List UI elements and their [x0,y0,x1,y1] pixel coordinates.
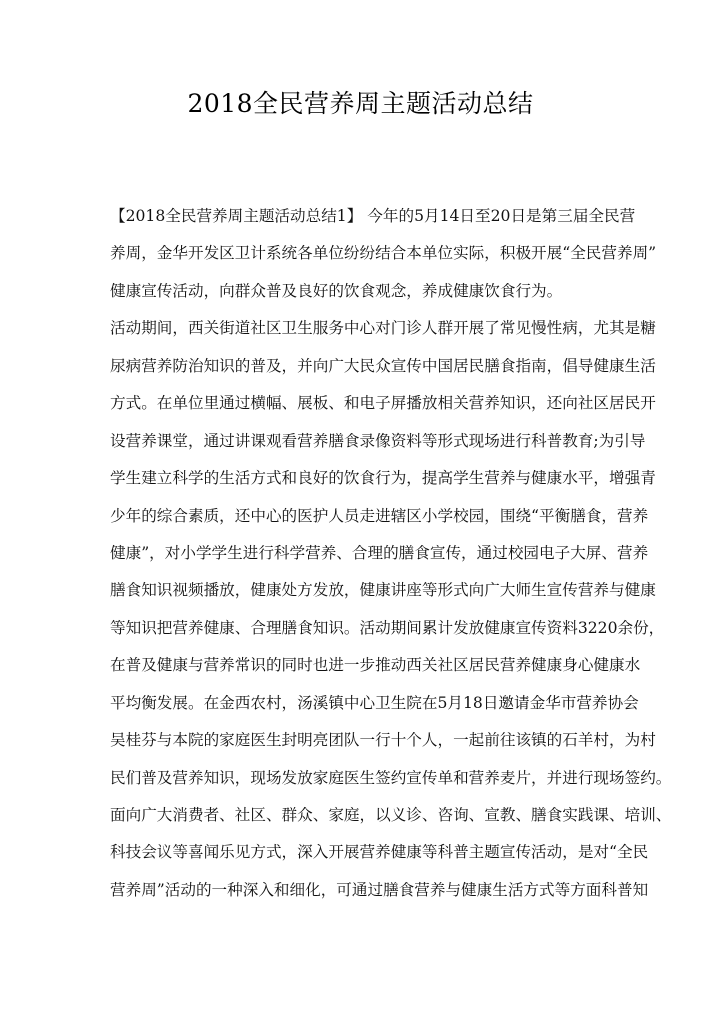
text-line: 健康”，对小学学生进行科学营养、合理的膳食宣传，通过校园电子大屏、营养 [110,541,613,578]
text-line: 平均衡发展。在金西农村，汤溪镇中心卫生院在5月18日邀请金华市营养协会 [110,691,613,728]
text-line: 民们普及营养知识，现场发放家庭医生签约宣传单和营养麦片，并进行现场签约。 [110,766,613,803]
text-line: 少年的综合素质，还中心的医护人员走进辖区小学校园，围绕“平衡膳食，营养 [110,504,613,541]
text-line: 营养周”活动的一种深入和细化，可通过膳食营养与健康生活方式等方面科普知 [110,878,613,915]
text-line: 吴桂芬与本院的家庭医生封明亮团队一行十个人，一起前往该镇的石羊村，为村 [110,728,613,765]
document-body: 【2018全民营养周主题活动总结1】 今年的5月14日至20日是第三届全民营 养… [110,204,613,915]
text-line: 科技会议等喜闻乐见方式，深入开展营养健康等科普主题宣传活动，是对“全民 [110,840,613,877]
text-line: 方式。在单位里通过横幅、展板、和电子屏播放相关营养知识，还向社区居民开 [110,391,613,428]
document-title: 2018全民营养周主题活动总结 [0,86,721,122]
text-line: 养周，金华开发区卫计系统各单位纷纷结合本单位实际，积极开展“全民营养周” [110,241,613,278]
text-line: 等知识把营养健康、合理膳食知识。活动期间累计发放健康宣传资料3220余份， [110,616,613,653]
text-line: 学生建立科学的生活方式和良好的饮食行为，提高学生营养与健康水平，增强青 [110,466,613,503]
text-line: 膳食知识视频播放，健康处方发放，健康讲座等形式向广大师生宣传营养与健康 [110,578,613,615]
text-line: 健康宣传活动，向群众普及良好的饮食观念，养成健康饮食行为。 [110,279,613,316]
text-line: 【2018全民营养周主题活动总结1】 今年的5月14日至20日是第三届全民营 [110,204,613,241]
text-line: 活动期间，西关街道社区卫生服务中心对门诊人群开展了常见慢性病，尤其是糖 [110,316,613,353]
text-line: 面向广大消费者、社区、群众、家庭，以义诊、咨询、宣教、膳食实践课、培训、 [110,803,613,840]
text-line: 在普及健康与营养常识的同时也进一步推动西关社区居民营养健康身心健康水 [110,653,613,690]
document-page: 2018全民营养周主题活动总结 【2018全民营养周主题活动总结1】 今年的5月… [0,0,721,1020]
text-line: 尿病营养防治知识的普及，并向广大民众宣传中国居民膳食指南，倡导健康生活 [110,354,613,391]
text-line: 设营养课堂，通过讲课观看营养膳食录像资料等形式现场进行科普教育;为引导 [110,429,613,466]
